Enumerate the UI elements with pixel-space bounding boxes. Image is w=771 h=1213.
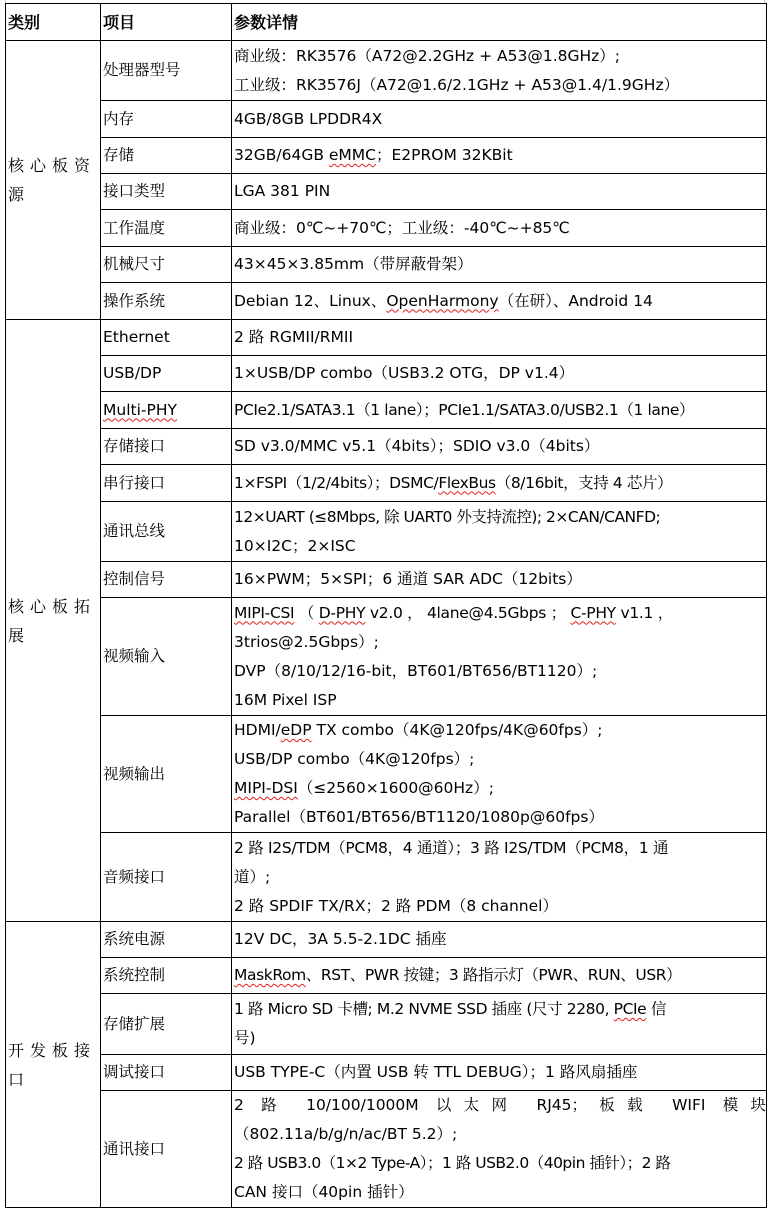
spellcheck-term: MIPI-CSI [234, 604, 294, 622]
spellcheck-term: MaskRom [234, 966, 306, 984]
item-cell: 视频输出 [101, 716, 232, 833]
detail-line: （802.11a/b/g/n/ac/BT 5.2）; [234, 1120, 766, 1149]
detail-line: 道）; [234, 863, 766, 892]
item-cell: 视频输入 [101, 598, 232, 716]
page-corner-marks [0, 0, 771, 1]
detail-line: 2 路 I2S/TDM（PCM8，4 通道）；3 路 I2S/TDM（PCM8，… [234, 834, 766, 863]
detail-text: ；E2PROM 32KBit [376, 146, 513, 164]
item-cell: Multi-PHY [101, 392, 232, 429]
detail-text: 1 路 Micro SD 卡槽; M.2 NVME SSD 插座 (尺寸 228… [234, 1000, 614, 1018]
item-cell: Ethernet [101, 320, 232, 356]
item-cell: 存储 [101, 138, 232, 174]
item-cell: 工作温度 [101, 210, 232, 247]
item-cell: 处理器型号 [101, 41, 232, 101]
table-row: 视频输入 MIPI-CSI （ D-PHY v2.0 ， 4lane@4.5Gb… [6, 598, 767, 716]
detail-cell: 12×UART (≤8Mbps, 除 UART0 外支持流控); 2×CAN/C… [232, 502, 767, 562]
detail-line: 1×FSPI（1/2/4bits）；DSMC/FlexBus（8/16bit，支… [234, 469, 766, 498]
detail-cell: PCIe2.1/SATA3.1（1 lane）；PCIe1.1/SATA3.0/… [232, 392, 767, 429]
table-row: Multi-PHY PCIe2.1/SATA3.1（1 lane）；PCIe1.… [6, 392, 767, 429]
detail-cell: MIPI-CSI （ D-PHY v2.0 ， 4lane@4.5Gbps ； … [232, 598, 767, 716]
detail-line: 10×I2C；2×ISC [234, 532, 766, 561]
detail-line: 2 路 RGMII/RMII [234, 323, 766, 352]
table-row: 控制信号 16×PWM；5×SPI；6 通道 SAR ADC（12bits） [6, 562, 767, 598]
spellcheck-term: C-PHY [570, 604, 615, 622]
detail-line: 12V DC，3A 5.5-2.1DC 插座 [234, 925, 766, 954]
spellcheck-term: FlexBus [438, 474, 495, 492]
detail-cell: 16×PWM；5×SPI；6 通道 SAR ADC（12bits） [232, 562, 767, 598]
detail-cell: 商业级：RK3576（A72@2.2GHz + A53@1.8GHz）; 工业级… [232, 41, 767, 101]
table-row: 内存 4GB/8GB LPDDR4X [6, 101, 767, 138]
detail-cell: SD v3.0/MMC v5.1（4bits）；SDIO v3.0（4bits） [232, 429, 767, 465]
item-cell: 系统控制 [101, 958, 232, 994]
detail-line: PCIe2.1/SATA3.1（1 lane）；PCIe1.1/SATA3.0/… [234, 396, 766, 425]
detail-line: 16×PWM；5×SPI；6 通道 SAR ADC（12bits） [234, 565, 766, 594]
detail-line: DVP（8/10/12/16-bit，BT601/BT656/BT1120）; [234, 657, 766, 686]
item-cell: 机械尺寸 [101, 247, 232, 283]
detail-cell: Debian 12、Linux、OpenHarmony（在研）、Android … [232, 283, 767, 320]
spellcheck-term: eDP [281, 721, 312, 739]
table-row: 调试接口 USB TYPE-C（内置 USB 转 TTL DEBUG）；1 路风… [6, 1055, 767, 1091]
item-cell: 串行接口 [101, 465, 232, 502]
item-cell: 存储扩展 [101, 994, 232, 1055]
detail-line: Parallel（BT601/BT656/BT1120/1080p@60fps） [234, 803, 766, 832]
detail-text: v1.1 ， [616, 604, 673, 622]
detail-cell: 32GB/64GB eMMC；E2PROM 32KBit [232, 138, 767, 174]
detail-line: 3trios@2.5Gbps）; [234, 628, 766, 657]
item-cell: 操作系统 [101, 283, 232, 320]
table-row: 接口类型 LGA 381 PIN [6, 174, 767, 210]
detail-line: 2 路 SPDIF TX/RX；2 路 PDM（8 channel） [234, 892, 766, 921]
table-row: 存储接口 SD v3.0/MMC v5.1（4bits）；SDIO v3.0（4… [6, 429, 767, 465]
detail-line: Debian 12、Linux、OpenHarmony（在研）、Android … [234, 287, 766, 316]
detail-cell: 12V DC，3A 5.5-2.1DC 插座 [232, 922, 767, 958]
table-row: 操作系统 Debian 12、Linux、OpenHarmony（在研）、And… [6, 283, 767, 320]
detail-text: （在研）、Android 14 [499, 292, 653, 310]
item-cell: 接口类型 [101, 174, 232, 210]
table-row: 音频接口 2 路 I2S/TDM（PCM8，4 通道）；3 路 I2S/TDM（… [6, 833, 767, 922]
header-item: 项目 [101, 4, 232, 41]
detail-line: MIPI-CSI （ D-PHY v2.0 ， 4lane@4.5Gbps ； … [234, 599, 766, 628]
table-row: 通讯接口 2 路 10/100/1000M 以太网 RJ45；板载 WIFI 模… [6, 1091, 767, 1208]
item-cell: 通讯接口 [101, 1091, 232, 1208]
spellcheck-term: eMMC [329, 146, 376, 164]
table-row: 通讯总线 12×UART (≤8Mbps, 除 UART0 外支持流控); 2×… [6, 502, 767, 562]
detail-cell: 1 路 Micro SD 卡槽; M.2 NVME SSD 插座 (尺寸 228… [232, 994, 767, 1055]
table-row: 存储扩展 1 路 Micro SD 卡槽; M.2 NVME SSD 插座 (尺… [6, 994, 767, 1055]
spec-table: 类别 项目 参数详情 核心板资源 处理器型号 商业级：RK3576（A72@2.… [5, 3, 767, 1208]
detail-line: 32GB/64GB eMMC；E2PROM 32KBit [234, 141, 766, 170]
detail-text: TX combo（4K@120fps/4K@60fps）; [312, 721, 603, 739]
item-cell: 控制信号 [101, 562, 232, 598]
detail-text: （ [294, 604, 318, 622]
detail-line: 43×45×3.85mm（带屏蔽骨架） [234, 250, 766, 279]
detail-cell: MaskRom、RST、PWR 按键；3 路指示灯（PWR、RUN、USR） [232, 958, 767, 994]
detail-line: 2 路 10/100/1000M 以太网 RJ45；板载 WIFI 模块 [234, 1091, 766, 1120]
item-cell: USB/DP [101, 356, 232, 392]
detail-line: HDMI/eDP TX combo（4K@120fps/4K@60fps）; [234, 716, 766, 745]
detail-line: LGA 381 PIN [234, 177, 766, 206]
table-header-row: 类别 项目 参数详情 [6, 4, 767, 41]
spellcheck-term: OpenHarmony [386, 292, 498, 310]
detail-line: 1×USB/DP combo（USB3.2 OTG，DP v1.4） [234, 359, 766, 388]
table-row: 核心板拓展 Ethernet 2 路 RGMII/RMII [6, 320, 767, 356]
detail-text: v2.0 ， 4lane@4.5Gbps ； [365, 604, 570, 622]
detail-line: 工业级：RK3576J（A72@1.6/2.1GHz + A53@1.4/1.9… [234, 71, 766, 100]
spellcheck-term: PCIe [614, 1000, 647, 1018]
detail-cell: 1×USB/DP combo（USB3.2 OTG，DP v1.4） [232, 356, 767, 392]
detail-cell: 1×FSPI（1/2/4bits）；DSMC/FlexBus（8/16bit，支… [232, 465, 767, 502]
detail-line: USB/DP combo（4K@120fps）; [234, 745, 766, 774]
item-cell: 存储接口 [101, 429, 232, 465]
detail-line: 12×UART (≤8Mbps, 除 UART0 外支持流控); 2×CAN/C… [234, 503, 766, 532]
detail-cell: USB TYPE-C（内置 USB 转 TTL DEBUG）；1 路风扇插座 [232, 1055, 767, 1091]
table-row: 视频输出 HDMI/eDP TX combo（4K@120fps/4K@60fp… [6, 716, 767, 833]
category-dev-board-interfaces: 开发板接口 [6, 922, 101, 1208]
table-row: 核心板资源 处理器型号 商业级：RK3576（A72@2.2GHz + A53@… [6, 41, 767, 101]
detail-line: 16M Pixel ISP [234, 686, 766, 715]
table-row: USB/DP 1×USB/DP combo（USB3.2 OTG，DP v1.4… [6, 356, 767, 392]
detail-line: 商业级：0℃~+70℃；工业级：-40℃~+85℃ [234, 214, 766, 243]
detail-line: USB TYPE-C（内置 USB 转 TTL DEBUG）；1 路风扇插座 [234, 1058, 766, 1087]
detail-text: （8/16bit，支持 4 芯片） [496, 474, 672, 492]
category-core-board-expansion: 核心板拓展 [6, 320, 101, 922]
spellcheck-term: Multi-PHY [103, 401, 177, 419]
item-cell: 内存 [101, 101, 232, 138]
detail-cell: 商业级：0℃~+70℃；工业级：-40℃~+85℃ [232, 210, 767, 247]
detail-line: 号) [234, 1024, 766, 1053]
detail-line: MaskRom、RST、PWR 按键；3 路指示灯（PWR、RUN、USR） [234, 961, 766, 990]
detail-line: 商业级：RK3576（A72@2.2GHz + A53@1.8GHz）; [234, 42, 766, 71]
detail-line: SD v3.0/MMC v5.1（4bits）；SDIO v3.0（4bits） [234, 432, 766, 461]
table-row: 串行接口 1×FSPI（1/2/4bits）；DSMC/FlexBus（8/16… [6, 465, 767, 502]
detail-cell: 2 路 RGMII/RMII [232, 320, 767, 356]
item-cell: 通讯总线 [101, 502, 232, 562]
detail-text: （≤2560×1600@60Hz）; [298, 779, 494, 797]
detail-cell: 43×45×3.85mm（带屏蔽骨架） [232, 247, 767, 283]
category-core-board-resources: 核心板资源 [6, 41, 101, 320]
spellcheck-term: D-PHY [319, 604, 366, 622]
detail-line: 2 路 USB3.0（1×2 Type-A）；1 路 USB2.0（40pin … [234, 1149, 766, 1178]
detail-line: MIPI-DSI（≤2560×1600@60Hz）; [234, 774, 766, 803]
detail-text: Debian 12、Linux、 [234, 292, 386, 310]
detail-text: 、RST、PWR 按键；3 路指示灯（PWR、RUN、USR） [306, 966, 681, 984]
detail-line: 4GB/8GB LPDDR4X [234, 105, 766, 134]
header-category: 类别 [6, 4, 101, 41]
detail-text: 1×FSPI（1/2/4bits）；DSMC/ [234, 474, 438, 492]
header-details: 参数详情 [232, 4, 767, 41]
table-row: 系统控制 MaskRom、RST、PWR 按键；3 路指示灯（PWR、RUN、U… [6, 958, 767, 994]
table-row: 开发板接口 系统电源 12V DC，3A 5.5-2.1DC 插座 [6, 922, 767, 958]
detail-text: 信 [646, 1000, 666, 1018]
detail-cell: LGA 381 PIN [232, 174, 767, 210]
item-cell: 调试接口 [101, 1055, 232, 1091]
table-row: 机械尺寸 43×45×3.85mm（带屏蔽骨架） [6, 247, 767, 283]
spellcheck-term: MIPI-DSI [234, 779, 298, 797]
table-row: 存储 32GB/64GB eMMC；E2PROM 32KBit [6, 138, 767, 174]
detail-cell: 2 路 I2S/TDM（PCM8，4 通道）；3 路 I2S/TDM（PCM8，… [232, 833, 767, 922]
item-cell: 音频接口 [101, 833, 232, 922]
detail-cell: HDMI/eDP TX combo（4K@120fps/4K@60fps）; U… [232, 716, 767, 833]
detail-text: 32GB/64GB [234, 146, 329, 164]
table-row: 工作温度 商业级：0℃~+70℃；工业级：-40℃~+85℃ [6, 210, 767, 247]
detail-cell: 2 路 10/100/1000M 以太网 RJ45；板载 WIFI 模块 （80… [232, 1091, 767, 1208]
detail-cell: 4GB/8GB LPDDR4X [232, 101, 767, 138]
detail-line: CAN 接口（40pin 插针） [234, 1178, 766, 1207]
item-cell: 系统电源 [101, 922, 232, 958]
detail-line: 1 路 Micro SD 卡槽; M.2 NVME SSD 插座 (尺寸 228… [234, 995, 766, 1024]
detail-text: HDMI/ [234, 721, 281, 739]
